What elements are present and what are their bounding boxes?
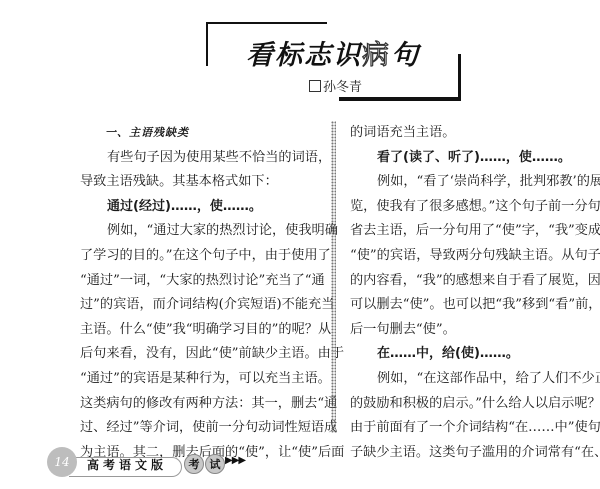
paragraph-line: 后句来看，没有，因此“使”前缺少主语。由于 [80, 342, 332, 367]
author-box-icon [309, 80, 321, 92]
arrows-icon: ▶▶▶ [225, 455, 245, 466]
title-highlight-char: 病 [362, 40, 391, 71]
author-name: 孙冬青 [323, 80, 362, 95]
author-byline: 孙冬青 [309, 76, 362, 95]
title-frame-right-line [458, 54, 461, 101]
paragraph-line: 过、经过”等介词，使前一分句动词性短语成 [80, 416, 332, 441]
badge-shi: 试 [205, 454, 225, 474]
paragraph-line: 过”的宾语，而介词结构(介宾短语)不能充当 [80, 293, 332, 318]
paragraph-line: 了学习的目的。”在这个句子中，由于使用了 [80, 244, 332, 269]
article-title: 看标志识病句 [246, 33, 418, 67]
section-heading: 一、主语残缺类 [80, 121, 332, 146]
badge-kao: 考 [184, 454, 204, 474]
pattern-formula: 通过(经过)……，使……。 [80, 195, 332, 220]
paragraph-line: 省去主语，后一分句用了“使”字，“我”变成了 [350, 219, 593, 244]
paragraph-line: 导致主语残缺。其基本格式如下： [80, 170, 332, 195]
paragraph-line: 例如，“通过大家的热烈讨论，使我明确 [80, 219, 332, 244]
column-divider [331, 121, 336, 433]
paragraph-line: 有些句子因为使用某些不恰当的词语， [80, 146, 332, 171]
title-prefix: 看标志识 [246, 40, 362, 71]
pattern-formula: 在……中，给(使)……。 [350, 342, 593, 367]
paragraph-line: 主语。什么“使”我“明确学习目的”的呢？从 [80, 318, 332, 343]
paragraph-line: 子缺少主语。这类句子滥用的介词常有“在、 [350, 441, 593, 466]
title-frame-top-line [206, 22, 327, 24]
title-suffix: 句 [391, 40, 420, 71]
paragraph-line: 的鼓励和积极的启示。”什么给人以启示呢？ [350, 392, 593, 417]
paragraph-line: 这类病句的修改有两种方法：其一，删去“通 [80, 392, 332, 417]
pattern-formula: 看了(读了、听了)……，使……。 [350, 146, 593, 171]
paragraph-line: “通过”的宾语是某种行为，可以充当主语。 [80, 367, 332, 392]
publication-name: 高考语文版 [87, 456, 167, 473]
paragraph-line: 例如，“在这部作品中，给了人们不少正面 [350, 367, 593, 392]
paragraph-line: 览，使我有了很多感想。”这个句子前一分句 [350, 195, 593, 220]
page-number-badge: 14 [47, 447, 77, 477]
left-column: 一、主语残缺类 有些句子因为使用某些不恰当的词语， 导致主语残缺。其基本格式如下… [80, 121, 332, 465]
paragraph-line: “使”的宾语，导致两分句残缺主语。从句子 [350, 244, 593, 269]
paragraph-line: 的词语充当主语。 [350, 121, 593, 146]
paragraph-line: 可以删去“使”。也可以把“我”移到“看”前， [350, 293, 593, 318]
page-footer: 14 高考语文版 考 试 ▶▶▶ [47, 447, 287, 477]
paragraph-line: 后一句删去“使”。 [350, 318, 593, 343]
title-frame-bottom-line [339, 97, 461, 101]
paragraph-line: 由于前面有了一个介词结构“在……中”使句 [350, 416, 593, 441]
title-frame-left-line [206, 22, 208, 66]
paragraph-line: 例如，“看了‘崇尚科学，批判邪教’的展 [350, 170, 593, 195]
paragraph-line: 的内容看，“我”的感想来自于看了展览，因此 [350, 269, 593, 294]
paragraph-line: “通过”一词，“大家的热烈讨论”充当了“通 [80, 269, 332, 294]
right-column: 的词语充当主语。 看了(读了、听了)……，使……。 例如，“看了‘崇尚科学，批判… [350, 121, 593, 465]
